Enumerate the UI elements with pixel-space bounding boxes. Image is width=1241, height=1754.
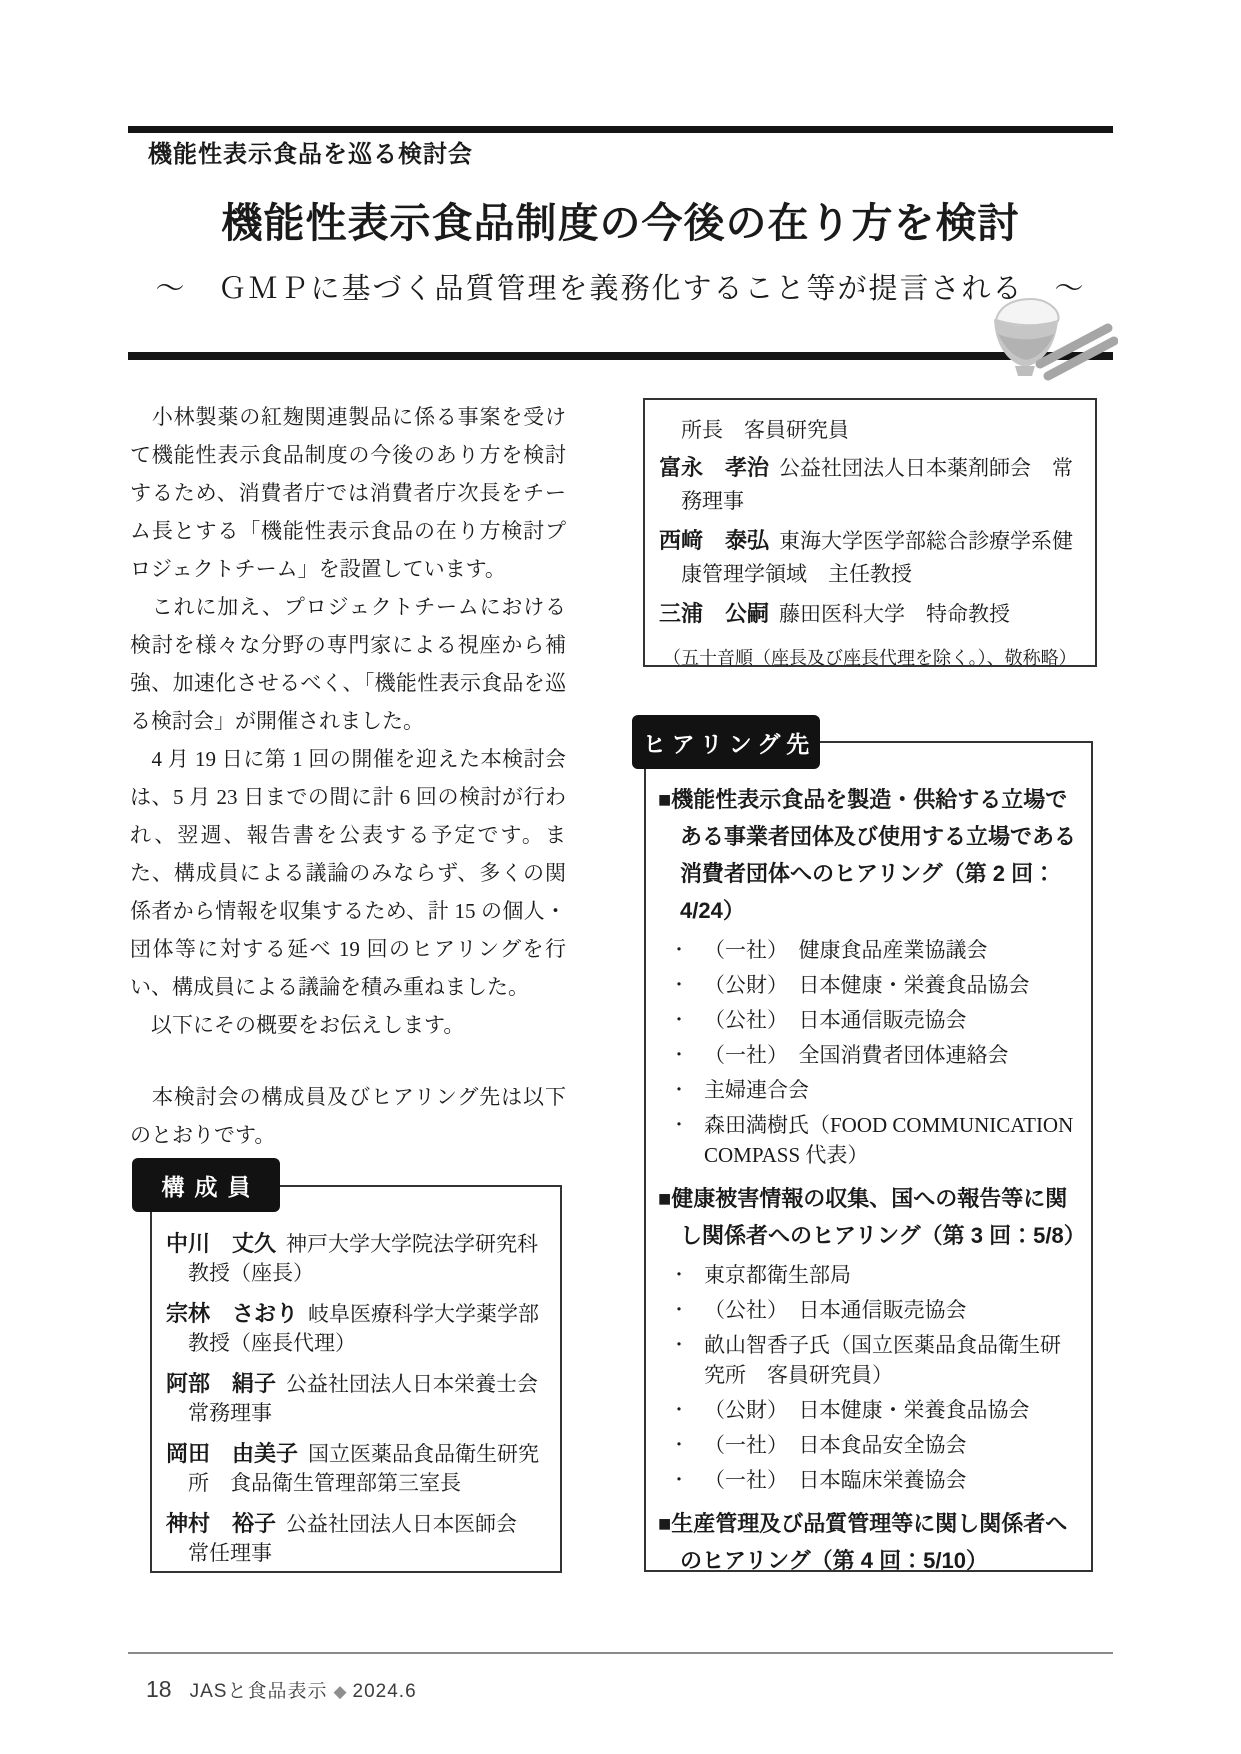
header-bottom-rule (128, 352, 1113, 360)
hearing-item-text: 森田満樹氏（FOOD COMMUNICATION COMPASS 代表） (704, 1113, 1073, 1167)
bullet-icon: ・ (670, 1005, 688, 1035)
bullet-icon: ・ (670, 935, 688, 965)
article-body-column: 小林製薬の紅麹関連製品に係る事案を受けて機能性表示食品制度の今後のあり方を検討す… (130, 398, 566, 1154)
hearing-item: ・森田満樹氏（FOOD COMMUNICATION COMPASS 代表） (658, 1110, 1081, 1170)
journal-title: JASと食品表示 (190, 1676, 328, 1703)
hearing-section: ■機能性表示食品を製造・供給する立場である事業者団体及び使用する立場である消費者… (658, 781, 1081, 1170)
hearing-item: ・畝山智香子氏（国立医薬品食品衛生研究所 客員研究員） (658, 1330, 1081, 1390)
magazine-page: { "header": { "kicker": "機能性表示食品を巡る検討会",… (0, 0, 1241, 1754)
member-name: 富永 孝治 (659, 455, 769, 480)
header-top-rule (128, 126, 1113, 133)
article-subtitle: ～ ＧＭＰに基づく品質管理を義務化すること等が提言される ～ (128, 266, 1113, 307)
body-paragraph: これに加え、プロジェクトチームにおける検討を様々な分野の専門家による視座から補強… (130, 588, 566, 740)
issue-date: 2024.6 (353, 1681, 417, 1703)
hearing-section-heading: ■生産管理及び品質管理等に関し関係者へのヒアリング（第 4 回：5/10） (658, 1505, 1081, 1572)
member-entry: 岡田 由美子国立医薬品食品衛生研究所 食品衛生管理部第三室長 (166, 1439, 550, 1498)
members-box-continued: 所長 客員研究員 富永 孝治公益社団法人日本薬剤師会 常務理事 西﨑 泰弘東海大… (643, 398, 1097, 667)
bullet-icon: ・ (670, 1395, 688, 1425)
member-entry: 阿部 絹子公益社団法人日本栄養士会 常務理事 (166, 1369, 550, 1428)
member-entry: 中川 丈久神戸大学大学院法学研究科 教授（座長） (166, 1229, 550, 1288)
body-paragraph: 以下にその概要をお伝えします。 (130, 1006, 566, 1044)
hearing-item-list: ・東京都衛生部局 ・（公社） 日本通信販売協会 ・畝山智香子氏（国立医薬品食品衛… (658, 1260, 1081, 1495)
hearing-item-text: 東京都衛生部局 (704, 1263, 851, 1287)
bullet-icon: ・ (670, 1465, 688, 1495)
article-title: 機能性表示食品制度の今後の在り方を検討 (128, 190, 1113, 249)
members-section-label: 構成員 (132, 1158, 280, 1212)
bullet-icon: ・ (670, 1295, 688, 1325)
hearing-item-text: （公財） 日本健康・栄養食品協会 (704, 1398, 1030, 1422)
member-name: 三浦 公嗣 (659, 601, 769, 626)
member-name: 宗林 さおり (166, 1301, 298, 1326)
footer: 18 JASと食品表示 ◆ 2024.6 (146, 1676, 417, 1703)
body-paragraph: 小林製薬の紅麹関連製品に係る事案を受けて機能性表示食品制度の今後のあり方を検討す… (130, 398, 566, 588)
hearing-item-list: ・（一社） 健康食品産業協議会 ・（公財） 日本健康・栄養食品協会 ・（公社） … (658, 935, 1081, 1170)
hearing-item: ・（一社） 健康食品産業協議会 (658, 935, 1081, 965)
hearing-item-text: （公社） 日本通信販売協会 (704, 1008, 967, 1032)
hearing-item-text: 主婦連合会 (704, 1078, 809, 1102)
bullet-icon: ・ (670, 1430, 688, 1460)
hearing-item-text: （公財） 日本健康・栄養食品協会 (704, 973, 1030, 997)
hearing-item: ・（公社） 日本通信販売協会 (658, 1295, 1081, 1325)
member-entry: 三浦 公嗣藤田医科大学 特命教授 (659, 597, 1083, 631)
member-name: 神村 裕子 (166, 1511, 276, 1536)
hearing-item: ・（一社） 全国消費者団体連絡会 (658, 1040, 1081, 1070)
hearing-item: ・主婦連合会 (658, 1075, 1081, 1105)
bullet-icon: ・ (670, 1075, 688, 1105)
member-name: 西﨑 泰弘 (659, 528, 769, 553)
hearing-item-text: 畝山智香子氏（国立医薬品食品衛生研究所 客員研究員） (704, 1333, 1061, 1387)
hearing-item: ・（一社） 日本食品安全協会 (658, 1430, 1081, 1460)
footer-rule (128, 1652, 1113, 1654)
member-name: 中川 丈久 (166, 1231, 276, 1256)
bullet-icon: ・ (670, 1110, 688, 1140)
bullet-icon: ・ (670, 970, 688, 1000)
hearing-item-text: （公社） 日本通信販売協会 (704, 1298, 967, 1322)
body-paragraph: 本検討会の構成員及びヒアリング先は以下のとおりです。 (130, 1078, 566, 1154)
member-entry: 西﨑 泰弘東海大学医学部総合診療学系健康管理学領域 主任教授 (659, 524, 1083, 591)
hearing-item: ・（公財） 日本健康・栄養食品協会 (658, 970, 1081, 1000)
member-affiliation-continued: 所長 客員研究員 (659, 414, 1083, 447)
hearing-section-label: ヒアリング先 (632, 715, 820, 769)
hearing-box: ■機能性表示食品を製造・供給する立場である事業者団体及び使用する立場である消費者… (644, 741, 1093, 1572)
member-affiliation: 藤田医科大学 特命教授 (779, 602, 1010, 626)
member-entry: 富永 孝治公益社団法人日本薬剤師会 常務理事 (659, 451, 1083, 518)
hearing-item: ・（公社） 日本通信販売協会 (658, 1005, 1081, 1035)
members-order-note: （五十音順（座長及び座長代理を除く。）、敬称略） (659, 645, 1083, 667)
hearing-section-heading: ■健康被害情報の収集、国への報告等に関し関係者へのヒアリング（第 3 回：5/8… (658, 1180, 1081, 1254)
member-entry: 宗林 さおり岐阜医療科学大学薬学部 教授（座長代理） (166, 1299, 550, 1358)
member-entry: 神村 裕子公益社団法人日本医師会 常任理事 (166, 1509, 550, 1568)
hearing-section-heading: ■機能性表示食品を製造・供給する立場である事業者団体及び使用する立場である消費者… (658, 781, 1081, 929)
diamond-icon: ◆ (333, 1682, 346, 1702)
page-number: 18 (146, 1676, 172, 1703)
hearing-item-text: （一社） 日本食品安全協会 (704, 1433, 967, 1457)
hearing-item: ・東京都衛生部局 (658, 1260, 1081, 1290)
bullet-icon: ・ (670, 1260, 688, 1290)
hearing-item: ・（一社） 日本臨床栄養協会 (658, 1465, 1081, 1495)
hearing-item-text: （一社） 日本臨床栄養協会 (704, 1468, 967, 1492)
article-kicker: 機能性表示食品を巡る検討会 (148, 134, 948, 169)
rice-bowl-icon (968, 288, 1118, 384)
hearing-section: ■生産管理及び品質管理等に関し関係者へのヒアリング（第 4 回：5/10） ・（… (658, 1505, 1081, 1572)
members-box: 中川 丈久神戸大学大学院法学研究科 教授（座長） 宗林 さおり岐阜医療科学大学薬… (150, 1185, 562, 1573)
hearing-item-text: （一社） 健康食品産業協議会 (704, 938, 988, 962)
bullet-icon: ・ (670, 1330, 688, 1360)
body-paragraph: 4 月 19 日に第 1 回の開催を迎えた本検討会は、5 月 23 日までの間に… (130, 740, 566, 1006)
member-name: 岡田 由美子 (166, 1441, 298, 1466)
hearing-section: ■健康被害情報の収集、国への報告等に関し関係者へのヒアリング（第 3 回：5/8… (658, 1180, 1081, 1495)
bullet-icon: ・ (670, 1040, 688, 1070)
rice-bowl-chopsticks-illustration (968, 288, 1118, 384)
member-name: 阿部 絹子 (166, 1371, 276, 1396)
hearing-item: ・（公財） 日本健康・栄養食品協会 (658, 1395, 1081, 1425)
hearing-item-text: （一社） 全国消費者団体連絡会 (704, 1043, 1009, 1067)
